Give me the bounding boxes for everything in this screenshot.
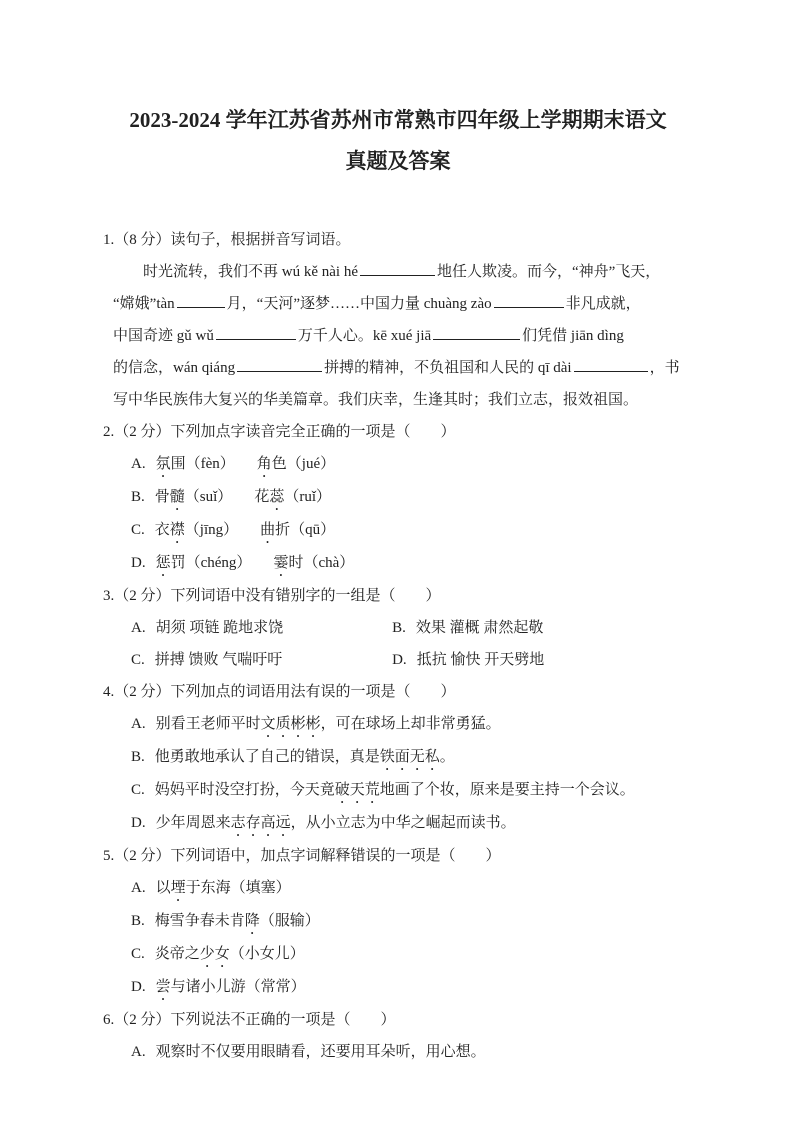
passage-line-1: 时光流转，我们不再 wú kě nài hé地任人欺凌。而今，“神舟”飞天， xyxy=(103,256,693,288)
question-6-option-a: A.观察时不仅要用眼睛看，还要用耳朵听，用心想。 xyxy=(131,1036,693,1069)
passage-line-5: 写中华民族伟大复兴的华美篇章。我们庆幸，生逢其时；我们立志，报效祖国。 xyxy=(103,384,693,416)
question-2-options: A.氛围（fèn）角色（jué） B.骨髓（suǐ）花蕊（ruǐ） C.衣襟（j… xyxy=(103,448,693,580)
option-label: B. xyxy=(392,620,406,636)
dotted-phrase: 铁面无私 xyxy=(380,749,440,765)
question-5-option-a: A.以堙于东海（填塞） xyxy=(131,872,693,905)
page-title: 2023-2024 学年江苏省苏州市常熟市四年级上学期期末语文 真题及答案 xyxy=(103,100,693,182)
dotted-char: 髓 xyxy=(170,489,185,505)
question-3-option-a: A.胡须 项链 跪地求饶 xyxy=(103,612,392,644)
question-2-option-a: A.氛围（fèn）角色（jué） xyxy=(131,448,693,481)
question-2-option-c: C.衣襟（jīng）曲折（qū） xyxy=(131,514,693,547)
option-label: B. xyxy=(131,489,145,505)
dotted-char: 惩 xyxy=(156,555,171,571)
dotted-char: 角 xyxy=(257,456,272,472)
question-4: 4.（2 分）下列加点的词语用法有误的一项是（ ） A.别看王老师平时文质彬彬，… xyxy=(103,676,693,840)
dotted-char: 少女 xyxy=(200,946,230,962)
passage-line-2: “嫦娥”tàn月，“天河”逐梦……中国力量 chuàng zào非凡成就， xyxy=(103,288,693,320)
question-4-option-a: A.别看王老师平时文质彬彬，可在球场上却非常勇猛。 xyxy=(131,708,693,741)
passage-line-4: 的信念，wán qiáng拼搏的精神，不负祖国和人民的 qī dài，书 xyxy=(103,352,693,384)
answer-blank xyxy=(237,357,322,372)
option-label: A. xyxy=(131,880,146,896)
dotted-char: 曲 xyxy=(260,522,275,538)
dotted-phrase: 破天荒 xyxy=(335,782,380,798)
dotted-char: 氛 xyxy=(156,456,171,472)
passage-line-3: 中国奇迹 gǔ wǔ万千人心。kē xué jiā们凭借 jiān dìng xyxy=(103,320,693,352)
question-4-header: 4.（2 分）下列加点的词语用法有误的一项是（ ） xyxy=(103,676,693,708)
option-label: D. xyxy=(392,652,407,668)
question-5: 5.（2 分）下列词语中，加点字词解释错误的一项是（ ） A.以堙于东海（填塞）… xyxy=(103,840,693,1004)
question-2-option-d: D.惩罚（chéng）霎时（chà） xyxy=(131,547,693,580)
question-3-option-d: D.抵抗 愉快 开天劈地 xyxy=(392,644,693,676)
option-label: A. xyxy=(131,456,146,472)
question-1-header: 1.（8 分）读句子，根据拼音写词语。 xyxy=(103,224,693,256)
question-4-options: A.别看王老师平时文质彬彬，可在球场上却非常勇猛。 B.他勇敢地承认了自己的错误… xyxy=(103,708,693,840)
dotted-char: 蕊 xyxy=(269,489,284,505)
option-label: A. xyxy=(131,620,146,636)
question-6-header: 6.（2 分）下列说法不正确的一项是（ ） xyxy=(103,1004,693,1036)
option-label: A. xyxy=(131,716,146,732)
question-6-options: A.观察时不仅要用眼睛看，还要用耳朵听，用心想。 xyxy=(103,1036,693,1069)
option-label: A. xyxy=(131,1044,146,1060)
answer-blank xyxy=(433,325,520,340)
answer-blank xyxy=(360,261,435,276)
page-title-line2: 真题及答案 xyxy=(103,141,693,182)
option-label: D. xyxy=(131,555,146,571)
option-label: C. xyxy=(131,946,145,962)
question-2-option-b: B.骨髓（suǐ）花蕊（ruǐ） xyxy=(131,481,693,514)
option-label: B. xyxy=(131,913,145,929)
question-3-options-row-2: C.拼搏 馈败 气喘吁吁 D.抵抗 愉快 开天劈地 xyxy=(103,644,693,676)
option-label: D. xyxy=(131,815,146,831)
option-label: C. xyxy=(131,652,145,668)
question-4-option-d: D.少年周恩来志存高远，从小立志为中华之崛起而读书。 xyxy=(131,807,693,840)
question-1: 1.（8 分）读句子，根据拼音写词语。 时光流转，我们不再 wú kě nài … xyxy=(103,224,693,416)
question-3-options-row-1: A.胡须 项链 跪地求饶 B.效果 灌概 肃然起敬 xyxy=(103,612,693,644)
question-4-option-b: B.他勇敢地承认了自己的错误，真是铁面无私。 xyxy=(131,741,693,774)
question-1-passage: 时光流转，我们不再 wú kě nài hé地任人欺凌。而今，“神舟”飞天， “… xyxy=(103,256,693,416)
question-2: 2.（2 分）下列加点字读音完全正确的一项是（ ） A.氛围（fèn）角色（ju… xyxy=(103,416,693,580)
question-3-option-c: C.拼搏 馈败 气喘吁吁 xyxy=(103,644,392,676)
exam-paper-page: 2023-2024 学年江苏省苏州市常熟市四年级上学期期末语文 真题及答案 1.… xyxy=(0,0,793,1122)
answer-blank xyxy=(494,293,564,308)
dotted-char: 襟 xyxy=(170,522,185,538)
dotted-char: 堙 xyxy=(171,880,186,896)
option-label: C. xyxy=(131,522,145,538)
option-label: B. xyxy=(131,749,145,765)
dotted-char: 尝 xyxy=(156,979,171,995)
dotted-phrase: 志存高远 xyxy=(231,815,291,831)
dotted-char: 霎 xyxy=(273,555,288,571)
answer-blank xyxy=(177,293,225,308)
question-4-option-c: C.妈妈平时没空打扮，今天竟破天荒地画了个妆，原来是要主持一个会议。 xyxy=(131,774,693,807)
question-5-option-d: D.尝与诸小儿游（常常） xyxy=(131,971,693,1004)
dotted-phrase: 文质彬彬 xyxy=(261,716,321,732)
option-label: C. xyxy=(131,782,145,798)
option-label: D. xyxy=(131,979,146,995)
question-2-header: 2.（2 分）下列加点字读音完全正确的一项是（ ） xyxy=(103,416,693,448)
page-title-line1: 2023-2024 学年江苏省苏州市常熟市四年级上学期期末语文 xyxy=(103,100,693,141)
question-6: 6.（2 分）下列说法不正确的一项是（ ） A.观察时不仅要用眼睛看，还要用耳朵… xyxy=(103,1004,693,1069)
question-3-option-b: B.效果 灌概 肃然起敬 xyxy=(392,612,693,644)
dotted-char: 降 xyxy=(245,913,260,929)
question-5-header: 5.（2 分）下列词语中，加点字词解释错误的一项是（ ） xyxy=(103,840,693,872)
question-3: 3.（2 分）下列词语中没有错别字的一组是（ ） A.胡须 项链 跪地求饶 B.… xyxy=(103,580,693,676)
question-3-header: 3.（2 分）下列词语中没有错别字的一组是（ ） xyxy=(103,580,693,612)
answer-blank xyxy=(574,357,648,372)
answer-blank xyxy=(216,325,296,340)
question-5-options: A.以堙于东海（填塞） B.梅雪争春未肯降（服输） C.炎帝之少女（小女儿） D… xyxy=(103,872,693,1004)
question-5-option-b: B.梅雪争春未肯降（服输） xyxy=(131,905,693,938)
question-5-option-c: C.炎帝之少女（小女儿） xyxy=(131,938,693,971)
